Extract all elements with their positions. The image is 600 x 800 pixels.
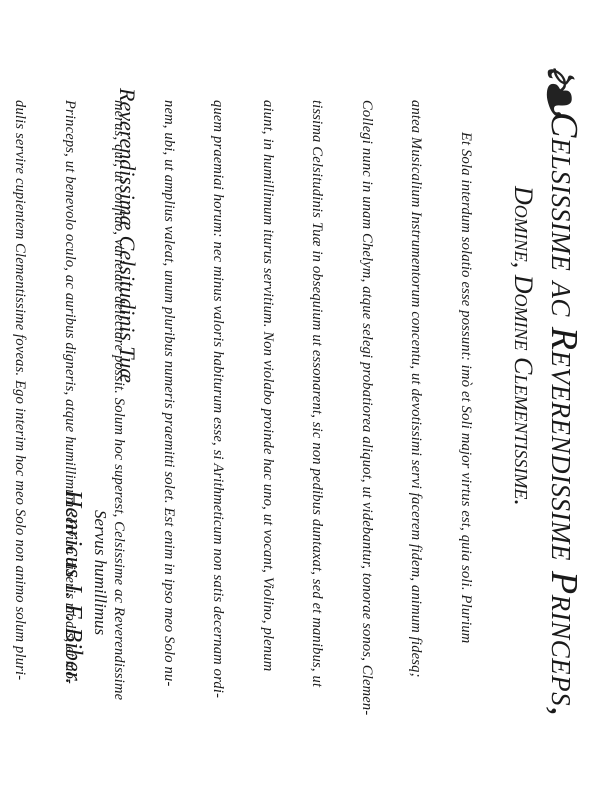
document-page: ❧ Celsissime ac Reverendissime Princeps,…	[0, 0, 600, 800]
body-line: dulis servire cupientem Clementissime fo…	[0, 40, 45, 760]
body-line: tissima Celsitudinis Tuæ in obsequium ut…	[292, 40, 342, 760]
signature-block: Servus humillimus Henricus I. F. Biber.	[59, 490, 110, 684]
closing-salutation: Reverendissimæ Celsitudinis Tuæ	[114, 88, 140, 383]
body-line: aiunt, in humillimum iturus servitium. N…	[243, 40, 293, 760]
dedication-subtitle: Domine, Domine Clementissime.	[508, 186, 538, 506]
signature-title: Servus humillimus	[90, 490, 110, 684]
body-line: nem, ubi, ut amplius valeat, unum plurib…	[144, 40, 194, 760]
decorative-flourish-icon: ❧	[522, 58, 592, 117]
body-line: Collegi nunc in unam Chelym, atque seleg…	[342, 40, 392, 760]
signature-name: Henricus I. F. Biber.	[59, 490, 86, 684]
dedication-title: Celsissime ac Reverendissime Princeps,	[542, 112, 586, 716]
body-line: quem praemiai horum: nec minus valoris h…	[193, 40, 243, 760]
body-line: Et Sola interdum solatio esse possunt: i…	[441, 40, 491, 760]
body-line: antea Musicalium Instrumentorum concentu…	[391, 40, 441, 760]
